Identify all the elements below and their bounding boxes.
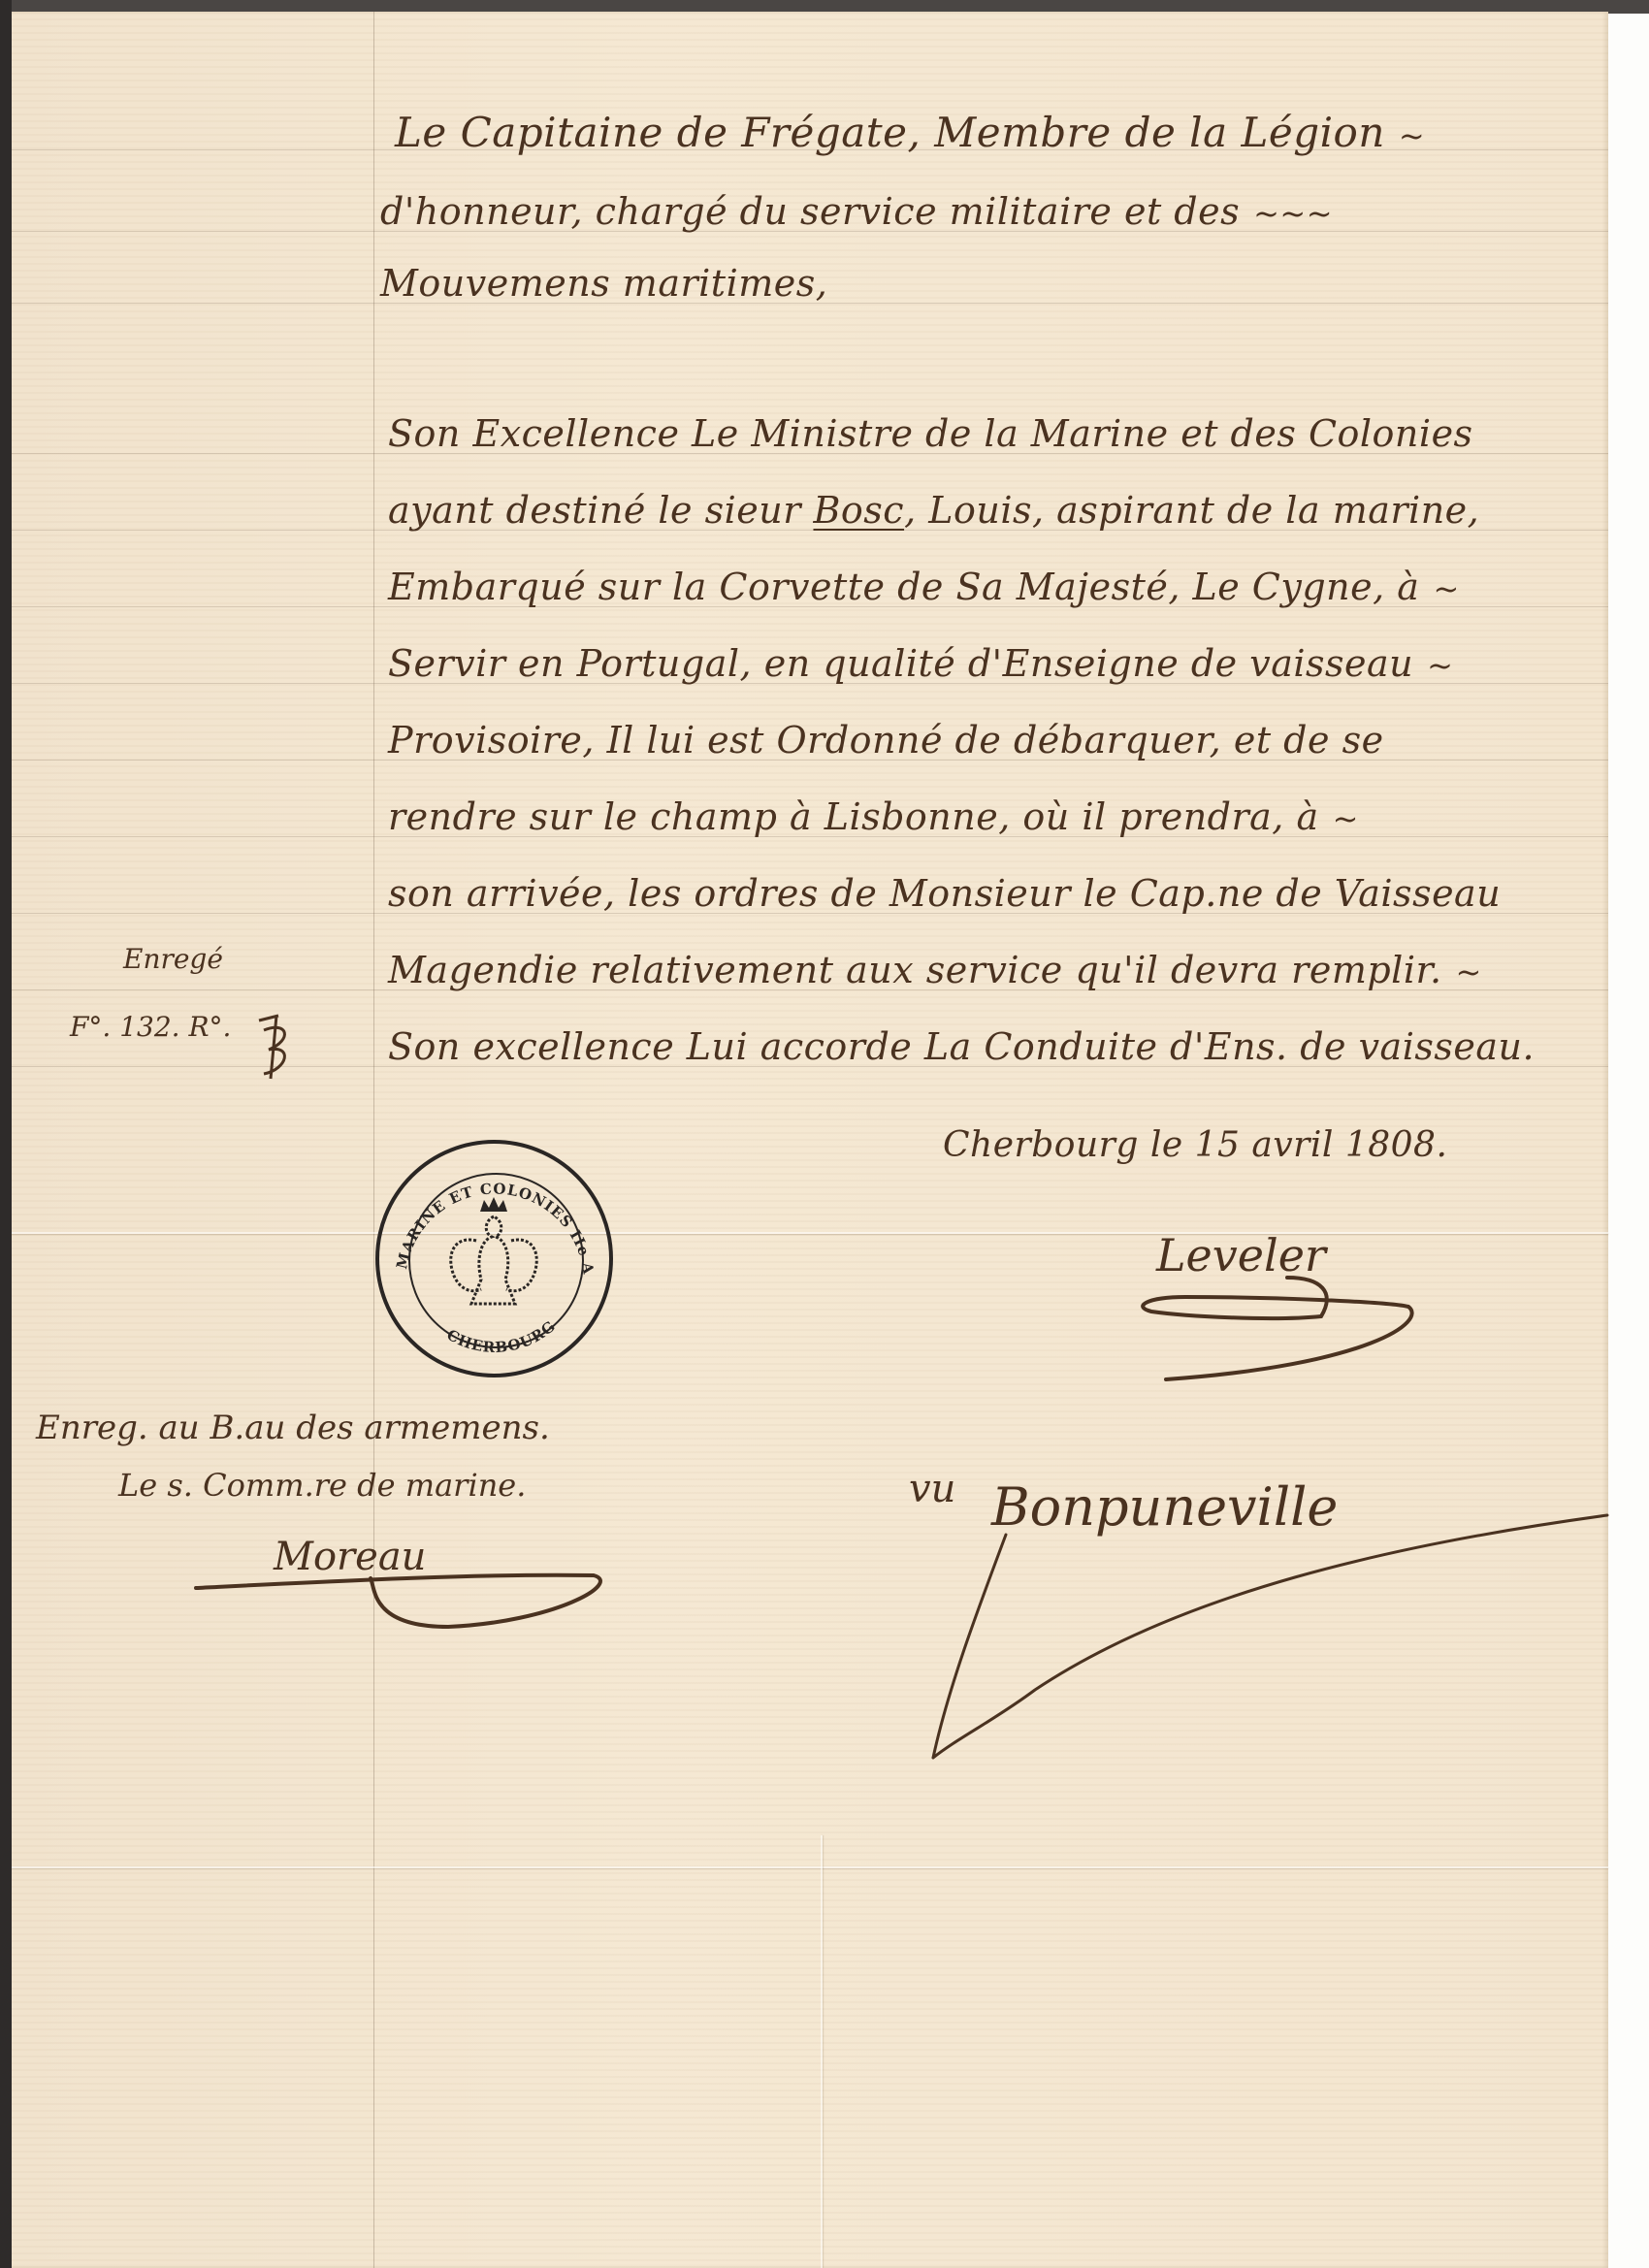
header-line-1: Le Capitaine de Frégate, Membre de la Lé…: [395, 109, 1425, 156]
margin-note-line-2: F°. 132. R°.: [70, 1011, 231, 1043]
line-filler-flourish: ~~~: [1253, 195, 1333, 232]
registration-signature-flourish-icon: [186, 1564, 623, 1641]
body-text: rendre sur le champ à Lisbonne, où il pr…: [388, 795, 1319, 838]
registration-note-line-1: Enreg. au B.au des armemens.: [36, 1409, 550, 1447]
body-line-8: Magendie relativement aux service qu'il …: [388, 949, 1482, 991]
line-filler-flourish: ~: [1333, 800, 1359, 837]
body-line-7: son arrivée, les ordres de Monsieur le C…: [388, 872, 1501, 915]
visa-signature-flourish-icon: [889, 1496, 1617, 1787]
body-text: ayant destiné le sieur: [388, 489, 801, 532]
official-seal: MARINE ET COLONIES IIe ARRONDISSEMENT CH…: [375, 1140, 613, 1377]
body-text: Magendie relativement aux service qu'il …: [388, 949, 1442, 991]
header-text: d'honneur, chargé du service militaire e…: [380, 190, 1240, 233]
header-line-2: d'honneur, chargé du service militaire e…: [380, 190, 1333, 233]
signature-flourish-icon: [1127, 1273, 1467, 1389]
header-text: Le Capitaine de Frégate, Membre de la Lé…: [395, 109, 1385, 156]
paraph-mark-icon: [249, 1011, 307, 1084]
registration-note-line-2: Le s. Comm.re de marine.: [118, 1467, 526, 1504]
fold-crease-vertical: [821, 1835, 823, 2268]
seal-bottom-text: CHERBOURG: [444, 1317, 560, 1356]
place-date: Cherbourg le 15 avril 1808.: [943, 1125, 1447, 1165]
body-line-9: Son excellence Lui accorde La Conduite d…: [388, 1025, 1535, 1068]
svg-text:CHERBOURG: CHERBOURG: [444, 1317, 560, 1356]
line-filler-flourish: ~: [1456, 954, 1482, 990]
body-line-5: Provisoire, Il lui est Ordonné de débarq…: [388, 719, 1384, 761]
officer-surname: Bosc: [813, 489, 904, 532]
line-filler-flourish: ~: [1427, 647, 1453, 684]
body-text: Embarqué sur la Corvette de Sa Majesté, …: [388, 566, 1419, 608]
margin-note-line-1: Enregé: [123, 943, 223, 975]
body-line-6: rendre sur le champ à Lisbonne, où il pr…: [388, 795, 1359, 838]
paper-sheet: Le Capitaine de Frégate, Membre de la Lé…: [12, 12, 1608, 2268]
body-line-4: Servir en Portugal, en qualité d'Enseign…: [388, 642, 1453, 685]
fold-crease-horizontal: [12, 1232, 1608, 1234]
body-line-3: Embarqué sur la Corvette de Sa Majesté, …: [388, 566, 1460, 608]
fold-crease-horizontal: [12, 1866, 1608, 1868]
seal-eagle-icon: MARINE ET COLONIES IIe ARRONDISSEMENT CH…: [379, 1144, 609, 1374]
body-line-2: ayant destiné le sieur Bosc, Louis, aspi…: [388, 489, 1479, 532]
body-line-1: Son Excellence Le Ministre de la Marine …: [388, 412, 1473, 455]
line-filler-flourish: ~: [1433, 570, 1459, 607]
margin-rule: [373, 12, 374, 2268]
body-text: , Louis, aspirant de la marine,: [904, 489, 1479, 532]
body-text: Servir en Portugal, en qualité d'Enseign…: [388, 642, 1413, 685]
scanned-page: Le Capitaine de Frégate, Membre de la Lé…: [0, 0, 1649, 2268]
header-line-3: Mouvemens maritimes,: [380, 262, 827, 305]
line-filler-flourish: ~: [1399, 117, 1425, 154]
scan-left-edge: [0, 0, 12, 2268]
